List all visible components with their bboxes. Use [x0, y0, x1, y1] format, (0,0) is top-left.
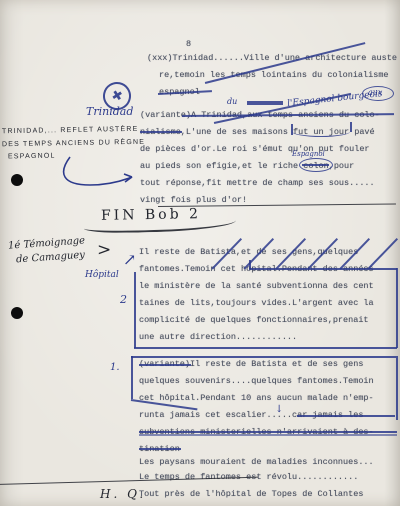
- margin-note: DES TEMPS ANCIENS DU RÈGNE: [2, 139, 145, 148]
- typed-line: de pièces d'or.Le roi s'émut qu'on put f…: [140, 144, 370, 154]
- curved-arrow: [52, 155, 142, 195]
- pen-underline-arc: [292, 126, 350, 137]
- typed-line: complicité de quelques fonctionnaires,pr…: [139, 315, 369, 325]
- typed-line: Les paysans mouraient de maladies inconn…: [139, 457, 374, 467]
- pen-strike: [302, 164, 329, 166]
- hole-punch: [11, 307, 23, 319]
- margin-note: TRINIDAD,... REFLET AUSTÈRE: [2, 126, 139, 135]
- typed-line: le ministère de la santé subventionna de…: [139, 281, 374, 291]
- margin-note: 1é Témoignage: [8, 235, 86, 251]
- margin-note: de Camaguey: [16, 250, 86, 266]
- insertion-bar: [350, 122, 352, 132]
- pen-box-left: [131, 356, 133, 399]
- margin-initials: H. Q.: [100, 487, 146, 501]
- pen-slash: [367, 238, 397, 269]
- typed-line: Tout près de l'hôpital de Topes de Colla…: [139, 489, 363, 499]
- pen-strike: [139, 431, 397, 433]
- pen-box-bottom: [134, 347, 397, 349]
- pen-strike: [297, 415, 395, 417]
- arrow-ne-icon: ↗: [123, 250, 136, 269]
- pen-strike: [139, 364, 191, 366]
- typed-line: quelques souvenirs....quelques fantomes.…: [139, 376, 374, 386]
- typed-line: re,temoin les temps lointains du colonia…: [159, 70, 389, 80]
- pen-strike: [139, 448, 181, 450]
- typed-line: une autre direction............: [139, 332, 297, 342]
- insert-arrow-icon: ↓: [275, 404, 283, 415]
- typed-line: cet hôpital.Pendant 10 ans aucun malade …: [139, 393, 374, 403]
- pen-underline: [84, 220, 236, 233]
- margin-note: Espagnol: [292, 150, 325, 158]
- margin-note: Trinidad: [86, 105, 133, 118]
- pen-strike: [139, 434, 397, 436]
- pen-box-top: [249, 268, 397, 270]
- margin-number: 2: [120, 293, 127, 306]
- margin-note: Hôpital: [85, 270, 119, 280]
- pen-box-top: [131, 356, 396, 358]
- typed-line: vingt fois plus d'or!: [140, 195, 247, 205]
- typed-line: tout réponse,fit mettre de champ ses sou…: [140, 178, 375, 188]
- scanned-manuscript-page: 8 ✖ (xxx)Trinidad......Ville d'une archi…: [0, 0, 400, 506]
- scribble-out: [247, 101, 283, 105]
- hole-punch: [11, 174, 23, 186]
- pen-box-right: [396, 268, 398, 348]
- pen-circle: [362, 86, 394, 101]
- margin-number: 1.: [110, 362, 120, 373]
- typed-line: (xxx)Trinidad......Ville d'une architect…: [147, 53, 397, 63]
- pen-strike: [140, 131, 182, 133]
- page-number: 8: [186, 39, 191, 49]
- pen-box-right: [396, 356, 398, 420]
- stamp-x-icon: ✖: [110, 87, 124, 105]
- margin-note: ESPAGNOL: [8, 153, 56, 161]
- pen-box-left: [134, 272, 136, 348]
- typed-line: taines de lits,toujours vides.L'argent a…: [139, 298, 374, 308]
- chevron-mark: >: [97, 240, 111, 260]
- margin-note: du: [227, 97, 237, 106]
